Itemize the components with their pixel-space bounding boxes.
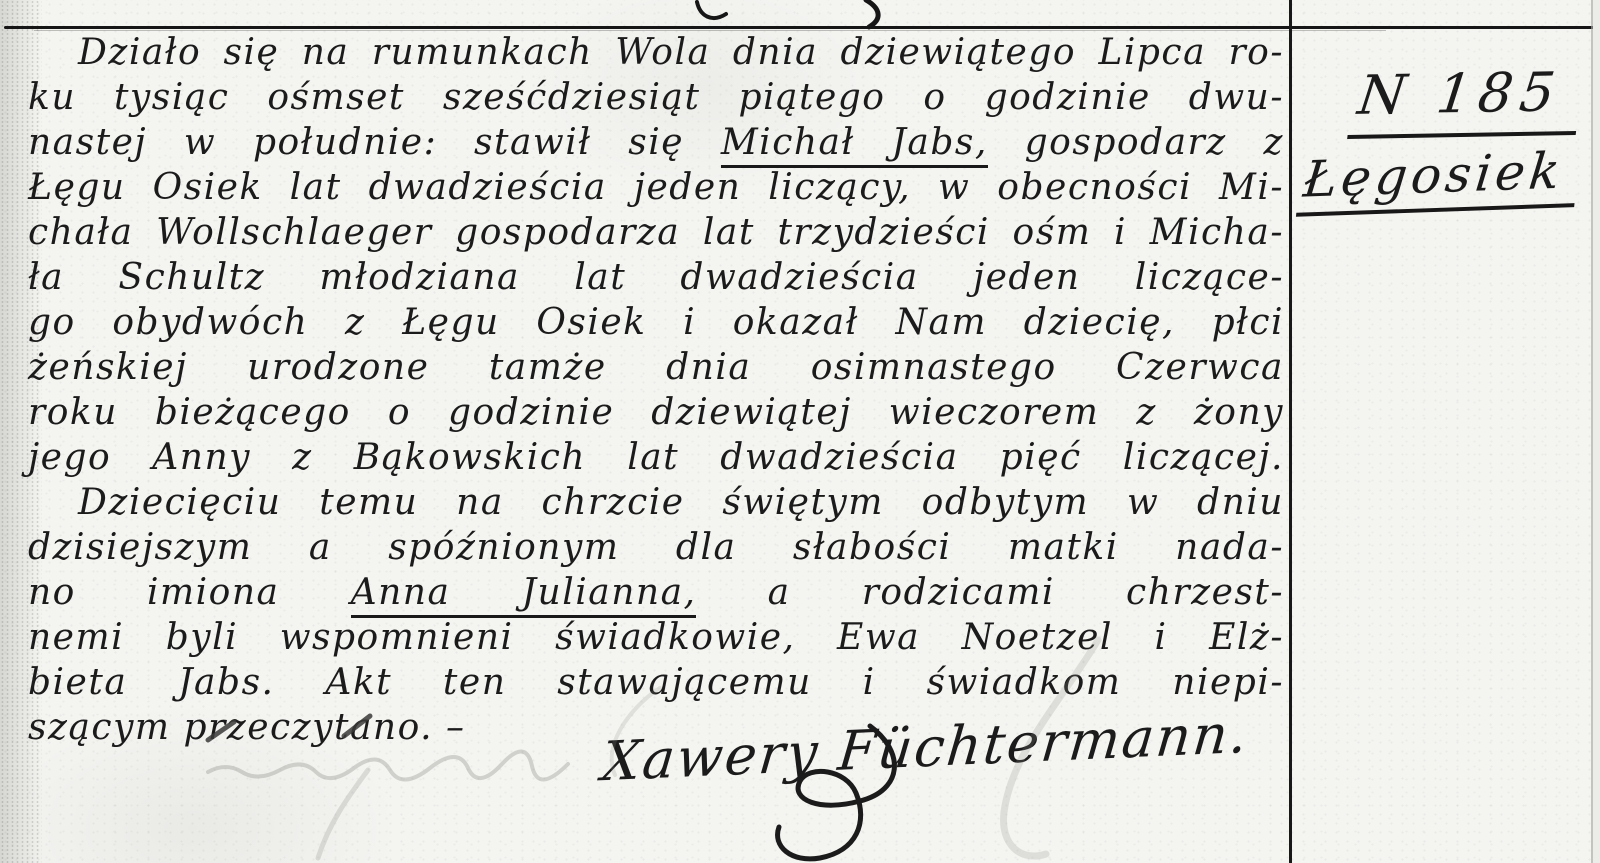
record-line-14: nemi byli wspomnieni świadkowie, Ewa Noe… xyxy=(28,615,1284,660)
record-line-9: roku bieżącego o godzinie dziewiątej wie… xyxy=(28,390,1284,435)
margin-divider-rule xyxy=(1289,0,1292,863)
page-edge-band xyxy=(1593,0,1600,863)
record-line-2: ku tysiąc ośmset sześćdziesiąt piątego o… xyxy=(28,75,1284,120)
record-line-15: bieta Jabs. Akt ten stawającemu i świadk… xyxy=(28,660,1284,705)
record-line-1: Działo się na rumunkach Wola dnia dziewi… xyxy=(28,30,1284,75)
record-line-6: ła Schultz młodziana lat dwadzieścia jed… xyxy=(28,255,1284,300)
record-line-13-post: a rodzicami chrzest- xyxy=(696,572,1284,613)
page-edge-line xyxy=(1591,0,1593,863)
record-line-13-pre: no imiona xyxy=(28,572,351,613)
record-line-8: żeńskiej urodzone tamże dnia osimnastego… xyxy=(28,345,1284,390)
record-line-3-pre: nastej w południe: stawił się xyxy=(28,122,721,163)
act-number: N 185 xyxy=(1347,60,1585,139)
record-line-7: go obydwóch z Łęgu Osiek i okazał Nam dz… xyxy=(28,300,1284,345)
margin-place-name: Łęgosiek xyxy=(1296,141,1581,217)
record-text-block: Działo się na rumunkach Wola dnia dziewi… xyxy=(28,30,1284,750)
record-line-3: nastej w południe: stawił się Michał Jab… xyxy=(28,120,1284,165)
record-line-13: no imiona Anna Julianna, a rodzicami chr… xyxy=(28,570,1284,615)
record-line-11: Dziecięciu temu na chrzcie świętym odbyt… xyxy=(28,480,1284,525)
child-names-underlined: Anna Julianna, xyxy=(351,572,697,618)
record-line-12: dzisiejszym a spóźnionym dla słabości ma… xyxy=(28,525,1284,570)
record-line-10: jego Anny z Bąkowskich lat dwadzieścia p… xyxy=(28,435,1284,480)
father-name-underlined: Michał Jabs, xyxy=(721,122,988,168)
top-edge-strokes xyxy=(697,0,878,27)
top-rule xyxy=(4,26,1594,29)
record-line-4: Łęgu Osiek lat dwadzieścia jeden liczący… xyxy=(28,165,1284,210)
scanned-record-page: Działo się na rumunkach Wola dnia dziewi… xyxy=(0,0,1600,863)
record-line-3-post: gospodarz z xyxy=(988,122,1284,163)
record-line-5: chała Wollschlaeger gospodarza lat trzyd… xyxy=(28,210,1284,255)
